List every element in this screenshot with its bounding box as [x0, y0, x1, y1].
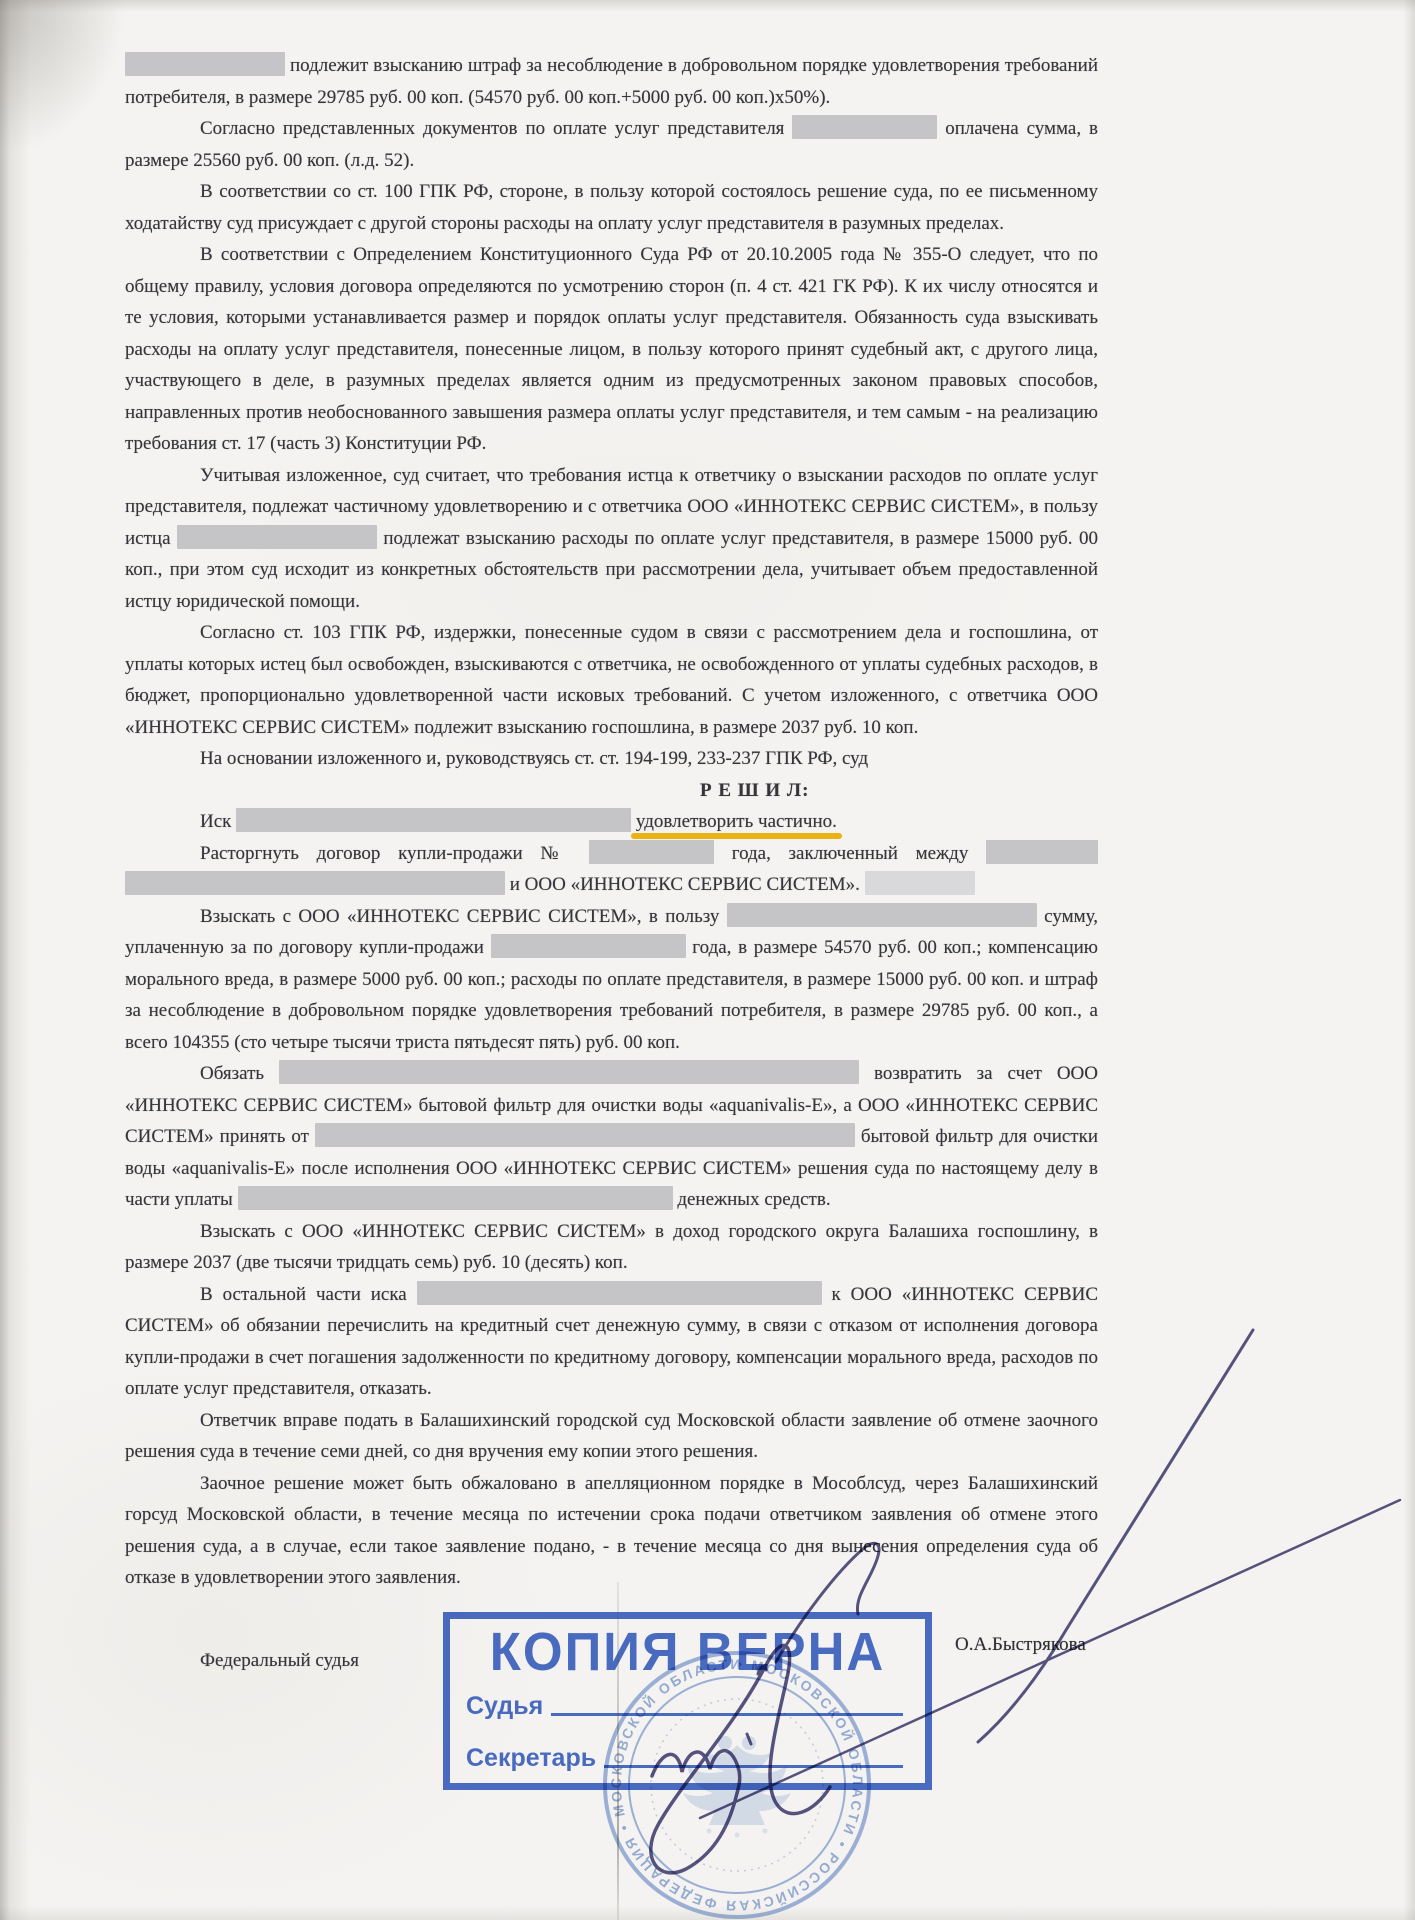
highlighted-text: удовлетворить частично.: [636, 811, 837, 832]
paragraph: В соответствии со ст. 100 ГПК РФ, сторон…: [125, 176, 1098, 239]
paragraph: В остальной части иска к ООО «ИННОТЕКС С…: [125, 1279, 1098, 1405]
document-page: подлежит взысканию штраф за несоблюдение…: [0, 0, 1415, 1920]
redaction-box: [727, 903, 1037, 927]
stamp-judge-signature-line: [551, 1713, 903, 1716]
stamp-field-secretary: Секретарь: [466, 1744, 596, 1773]
judge-title: Федеральный судья: [200, 1650, 359, 1672]
paragraph: Взыскать с ООО «ИННОТЕКС СЕРВИС СИСТЕМ»,…: [125, 901, 1098, 1059]
redaction-box: [589, 840, 714, 864]
redaction-box: [125, 871, 505, 895]
paragraph: Ответчик вправе подать в Балашихинский г…: [125, 1405, 1098, 1468]
ruling-heading: Р Е Ш И Л:: [125, 775, 1098, 807]
paragraph: В соответствии с Определением Конституци…: [125, 239, 1098, 460]
redaction-box: [865, 871, 975, 895]
paragraph: На основании изложенного и, руководствуя…: [125, 743, 1098, 775]
redaction-box: [238, 1186, 673, 1210]
paragraph: Согласно представленных документов по оп…: [125, 113, 1098, 176]
copy-stamp-title: КОПИЯ ВЕРНА: [450, 1619, 925, 1684]
copy-stamp: КОПИЯ ВЕРНА Судья Секретарь: [443, 1612, 932, 1790]
redaction-box: [792, 115, 937, 139]
paragraph: Расторгнуть договор купли-продажи № года…: [125, 838, 1098, 901]
stamp-field-judge: Судья: [466, 1692, 543, 1721]
stamp-secretary-signature-line: [604, 1765, 903, 1768]
redaction-box: [236, 808, 631, 832]
redaction-box: [279, 1060, 859, 1084]
paragraph: Взыскать с ООО «ИННОТЕКС СЕРВИС СИСТЕМ» …: [125, 1216, 1098, 1279]
redaction-box: [125, 52, 285, 76]
redaction-box: [491, 934, 686, 958]
paragraph: Иск удовлетворить частично.: [125, 806, 1098, 838]
paragraph: Учитывая изложенное, суд считает, что тр…: [125, 460, 1098, 618]
redaction-box: [417, 1281, 822, 1305]
document-body: подлежит взысканию штраф за несоблюдение…: [125, 50, 1098, 1594]
paragraph: подлежит взысканию штраф за несоблюдение…: [125, 50, 1098, 113]
paragraph: Обязать возвратить за счет ООО «ИННОТЕКС…: [125, 1058, 1098, 1216]
paper-crease: [617, 1582, 619, 1920]
judge-name: О.А.Быстрякова: [955, 1634, 1086, 1656]
redaction-box: [177, 525, 377, 549]
paragraph: Заочное решение может быть обжаловано в …: [125, 1468, 1098, 1594]
redaction-box: [986, 840, 1098, 864]
paragraph: Согласно ст. 103 ГПК РФ, издержки, понес…: [125, 617, 1098, 743]
redaction-box: [315, 1123, 855, 1147]
